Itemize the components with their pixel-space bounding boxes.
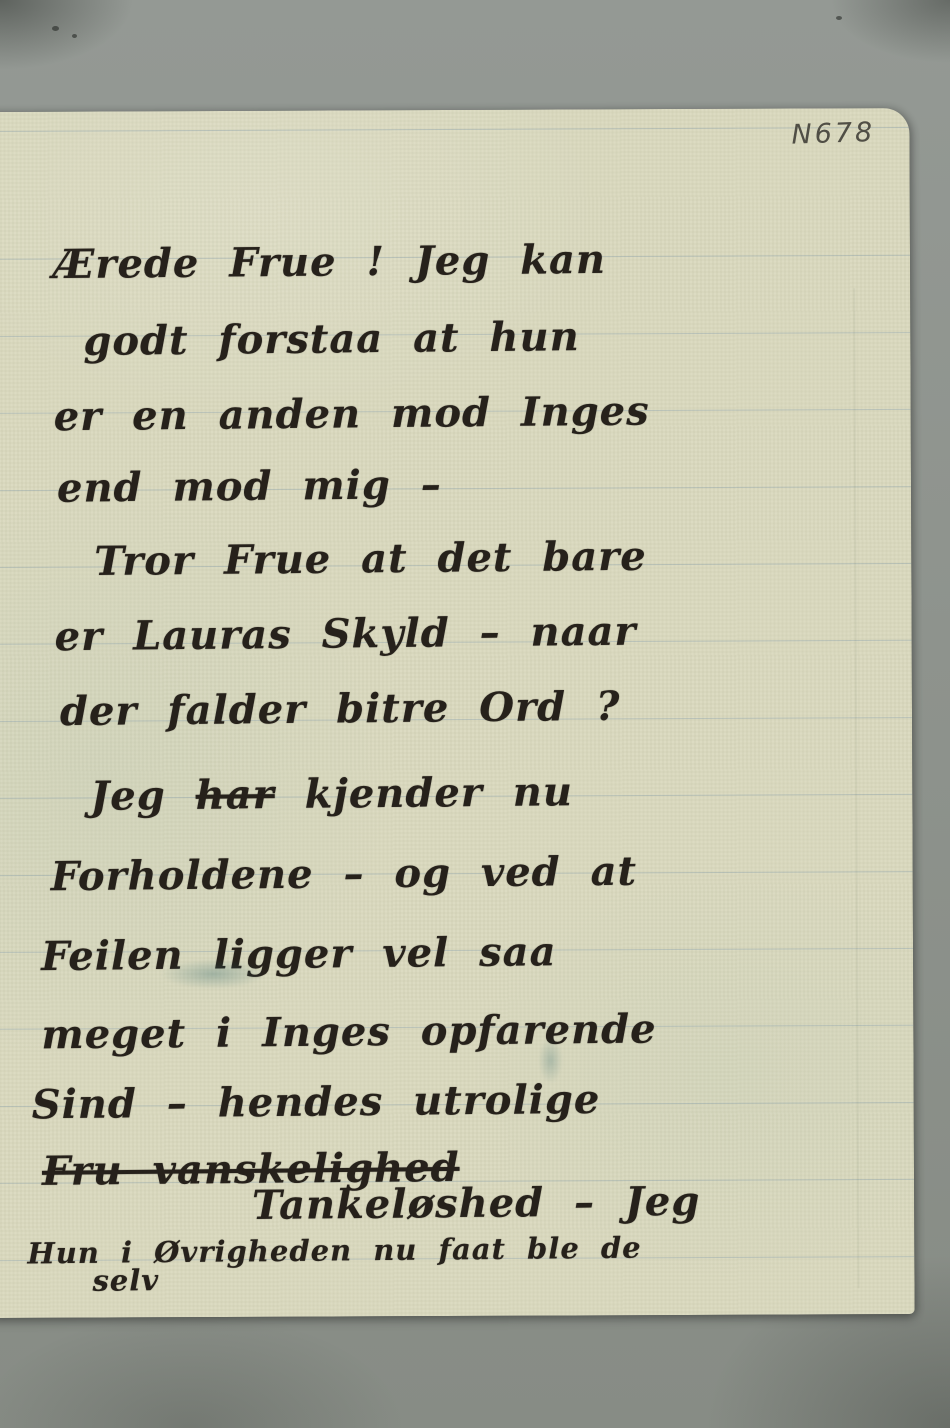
handwritten-line: Feilen ligger vel saa <box>41 928 557 980</box>
struck-word: har <box>195 771 275 819</box>
handwritten-line: Sind – hendes utrolige <box>31 1076 600 1128</box>
handwritten-line: godt forstaa at hun <box>83 313 580 365</box>
paint-smudge <box>161 959 266 989</box>
handwritten-line: Jeg har kjender nu <box>90 768 573 820</box>
paper-crease <box>853 288 859 1288</box>
handwritten-line: der falder bitre Ord ? <box>60 683 621 735</box>
backdrop-speck <box>72 34 77 38</box>
handwritten-line: meget i Inges opfarende <box>41 1005 657 1058</box>
handwritten-line: end mod mig – <box>57 461 442 512</box>
backdrop-speck <box>836 16 842 20</box>
handwritten-line: er en anden mod Inges <box>53 388 649 441</box>
line-segment: Jeg <box>90 772 196 820</box>
backdrop-speck <box>52 26 59 31</box>
handwritten-line: Ærede Frue ! Jeg kan <box>53 236 606 288</box>
handwritten-line: Tror Frue at det bare <box>94 533 647 585</box>
letter-page: N678 Ærede Frue ! Jeg kan godt forstaa a… <box>0 108 915 1318</box>
handwritten-line: selv <box>92 1263 159 1298</box>
photo-backdrop: { "page": { "kind": "photographed handwr… <box>0 0 950 1428</box>
archival-number: N678 <box>791 117 876 151</box>
paint-smudge <box>538 1038 562 1084</box>
handwritten-line: Tankeløshed – Jeg <box>252 1178 701 1229</box>
handwritten-line: Forholdene – og ved at <box>50 848 637 901</box>
handwritten-line: er Lauras Skyld – naar <box>54 608 636 661</box>
line-segment: kjender nu <box>274 768 573 818</box>
